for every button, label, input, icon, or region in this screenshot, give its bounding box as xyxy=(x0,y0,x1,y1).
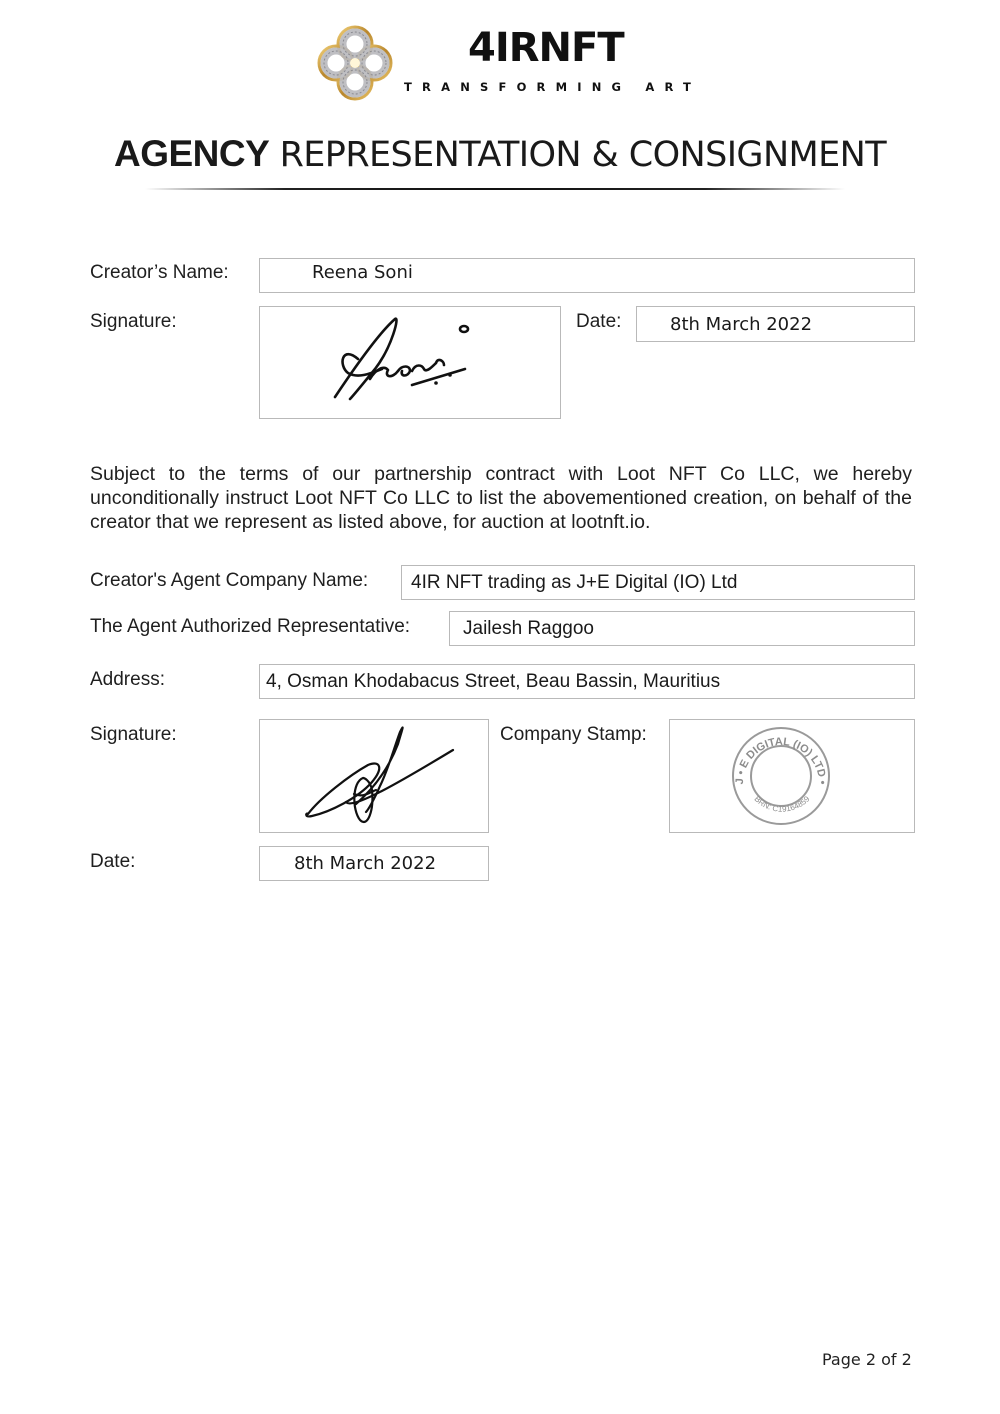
creator-date-value: 8th March 2022 xyxy=(670,314,812,335)
agent-date-label: Date: xyxy=(90,851,135,873)
agent-signature-icon xyxy=(260,720,488,832)
instruction-paragraph: Subject to the terms of our partnership … xyxy=(90,462,912,534)
company-stamp-label: Company Stamp: xyxy=(500,724,647,746)
agent-company-field[interactable]: 4IR NFT trading as J+E Digital (IO) Ltd xyxy=(401,565,915,600)
agent-company-label: Creator's Agent Company Name: xyxy=(90,570,368,592)
creator-name-value: Reena Soni xyxy=(312,262,413,283)
agent-signature-box[interactable] xyxy=(259,719,489,833)
agent-representative-label: The Agent Authorized Representative: xyxy=(90,616,410,638)
agent-date-field[interactable]: 8th March 2022 xyxy=(259,846,489,881)
creator-name-label: Creator’s Name: xyxy=(90,262,229,284)
svg-text:BRN: C19164859: BRN: C19164859 xyxy=(753,794,812,814)
agent-company-value: 4IR NFT trading as J+E Digital (IO) Ltd xyxy=(411,572,737,594)
title-rest: REPRESENTATION & CONSIGNMENT xyxy=(280,135,886,175)
brand-name: 4IRNFT xyxy=(468,28,624,68)
agent-address-label: Address: xyxy=(90,669,165,691)
logo-icon xyxy=(316,24,394,102)
creator-signature-box[interactable] xyxy=(259,306,561,419)
stamp-top-text: J • E DIGITAL (IO) LTD • xyxy=(734,736,828,785)
document-title: AGENCY REPRESENTATION & CONSIGNMENT xyxy=(0,134,1000,175)
agent-representative-field[interactable]: Jailesh Raggoo xyxy=(449,611,915,646)
brand-tagline: TRANSFORMING ART xyxy=(404,80,701,94)
stamp-bottom-text: BRN: C19164859 xyxy=(753,794,812,814)
page-indicator: Page 2 of 2 xyxy=(822,1350,912,1369)
title-bold-word: AGENCY xyxy=(114,133,269,174)
creator-signature-label: Signature: xyxy=(90,311,177,333)
company-stamp-icon: J • E DIGITAL (IO) LTD • BRN: C19164859 xyxy=(726,721,836,831)
agent-address-field[interactable]: 4, Osman Khodabacus Street, Beau Bassin,… xyxy=(259,664,915,699)
creator-date-label: Date: xyxy=(576,311,621,333)
agent-date-value: 8th March 2022 xyxy=(294,853,436,874)
agent-address-value: 4, Osman Khodabacus Street, Beau Bassin,… xyxy=(266,671,720,693)
creator-name-field[interactable]: Reena Soni xyxy=(259,258,915,293)
agent-signature-label: Signature: xyxy=(90,724,177,746)
company-stamp-box[interactable]: J • E DIGITAL (IO) LTD • BRN: C19164859 xyxy=(669,719,915,833)
svg-text:J • E DIGITAL (IO) LTD •: J • E DIGITAL (IO) LTD • xyxy=(734,736,828,785)
creator-signature-icon xyxy=(260,307,560,418)
creator-date-field[interactable]: 8th March 2022 xyxy=(636,306,915,342)
title-divider xyxy=(145,188,845,190)
agent-representative-value: Jailesh Raggoo xyxy=(463,618,594,640)
